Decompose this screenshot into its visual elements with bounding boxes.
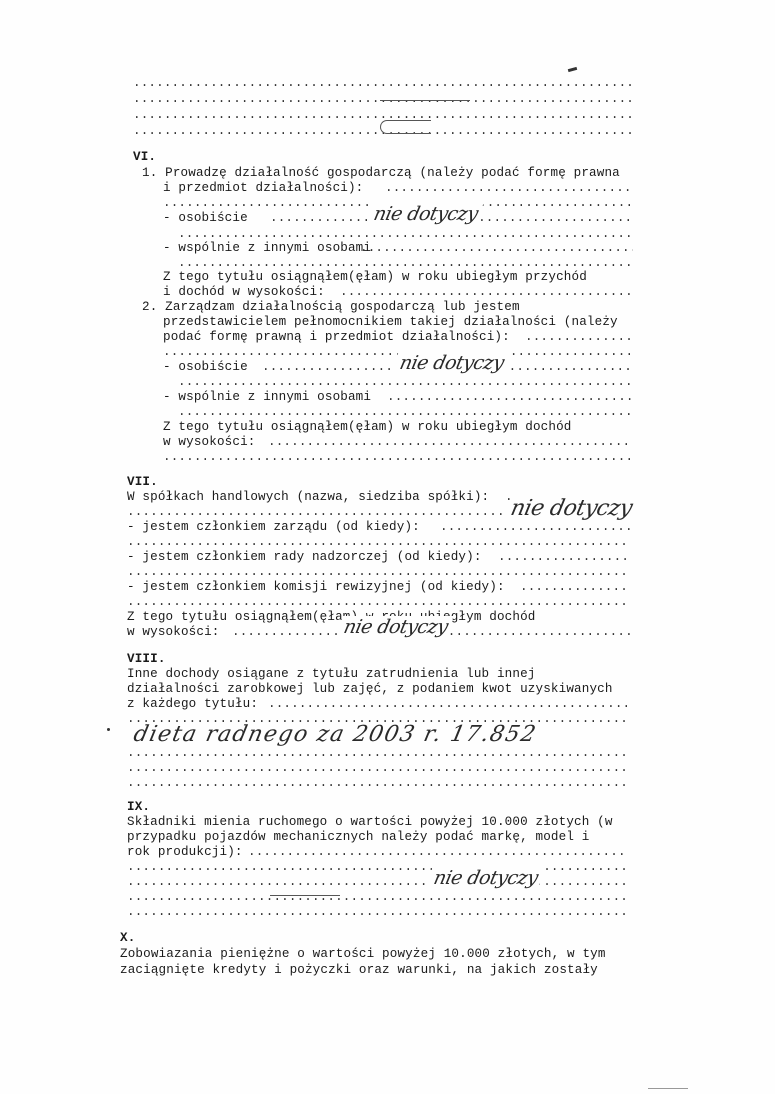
- income-text: Z tego tytułu osiągnąłem(ęłam) w roku ub…: [163, 270, 587, 284]
- section-viii-text: działalności zarobkowej lub zajęć, z pod…: [127, 682, 613, 696]
- dotted-line: ........................................…: [178, 227, 633, 241]
- field-label-joint: - wspólnie z innymi osobami: [163, 241, 379, 255]
- field-label-personal: - osobiście: [163, 211, 256, 225]
- field-label-joint: - wspólnie z innymi osobami: [163, 390, 379, 404]
- section-vi-item1-text: i przedmiot działalności):: [163, 181, 371, 195]
- section-x-heading: X.: [120, 931, 135, 945]
- scan-mark: [107, 728, 110, 731]
- dotted-line: ........................................…: [248, 845, 626, 859]
- handwritten-answer: nie dotyczy: [368, 203, 484, 225]
- handwritten-answer: nie dotyczy: [338, 616, 454, 638]
- section-ix-text: Składniki mienia ruchomego o wartości po…: [127, 815, 613, 829]
- scan-mark: [648, 1088, 688, 1089]
- field-label-personal: - osobiście: [163, 360, 256, 374]
- dotted-line: ........................................…: [127, 776, 628, 790]
- handwritten-answer: dieta radnego za 2003 r. 17.852: [127, 722, 543, 747]
- dotted-line: ........................................…: [133, 76, 633, 90]
- income-text: w wysokości:: [127, 625, 227, 639]
- pen-stroke: [270, 895, 340, 896]
- income-text: i dochód w wysokości:: [163, 285, 333, 299]
- pen-stroke: [380, 120, 431, 134]
- dotted-line: ........................................…: [520, 580, 630, 594]
- dotted-line: ........................................…: [340, 285, 633, 299]
- dotted-line: ........................................…: [127, 746, 628, 760]
- section-ix-heading: IX.: [127, 800, 150, 814]
- dotted-line: ........................................…: [127, 761, 628, 775]
- income-text: Z tego tytułu osiągnąłem(ęłam) w roku ub…: [127, 610, 536, 624]
- field-label-audit: - jestem członkiem komisji rewizyjnej (o…: [127, 580, 512, 594]
- section-viii-text: Inne dochody osiągane z tytułu zatrudnie…: [127, 667, 536, 681]
- field-label-supervisory: - jestem członkiem rady nadzorczej (od k…: [127, 550, 489, 564]
- dotted-line: ........................................…: [268, 697, 628, 711]
- section-viii-heading: VIII.: [127, 652, 166, 666]
- dotted-line: ........................................…: [385, 181, 633, 195]
- income-text: w wysokości:: [163, 435, 263, 449]
- dotted-line: ........................................…: [440, 520, 630, 534]
- dotted-line: ........................................…: [127, 565, 630, 579]
- dotted-line: ........................................…: [133, 92, 633, 106]
- section-vi-item2-text: podać formę prawną i przedmiot działalno…: [163, 330, 518, 344]
- section-vi-item1-text: 1. Prowadzę działalność gospodarczą (nal…: [142, 166, 620, 180]
- dotted-line: ........................................…: [127, 535, 630, 549]
- section-vii-text: W spółkach handlowych (nazwa, siedziba s…: [127, 490, 497, 504]
- dotted-line: ........................................…: [163, 450, 633, 464]
- section-ix-text: rok produkcji):: [127, 845, 250, 859]
- section-vii-heading: VII.: [127, 475, 158, 489]
- handwritten-answer: nie dotyczy: [394, 352, 510, 374]
- section-vi-item2-text: 2. Zarządzam działalnością gospodarczą l…: [142, 300, 520, 314]
- dotted-line: ........................................…: [178, 256, 633, 270]
- income-text: Z tego tytułu osiągnąłem(ęłam) w roku ub…: [163, 420, 572, 434]
- scanned-form-page: ........................................…: [0, 0, 775, 1094]
- section-x-text: Zobowiazania pieniężne o wartości powyże…: [120, 947, 606, 961]
- section-x-text: zaciągnięte kredyty i pożyczki oraz waru…: [120, 963, 598, 977]
- field-label-board: - jestem członkiem zarządu (od kiedy):: [127, 520, 428, 534]
- handwritten-answer: nie dotyczy: [505, 496, 637, 521]
- dotted-line: ........................................…: [525, 330, 633, 344]
- section-vi-item2-text: przedstawicielem pełnomocnikiem takiej d…: [163, 315, 618, 329]
- pen-stroke: [380, 100, 470, 101]
- dotted-line: ........................................…: [127, 875, 626, 889]
- dotted-line: ........................................…: [360, 241, 633, 255]
- dotted-line: ........................................…: [127, 595, 630, 609]
- dotted-line: ........................................…: [178, 375, 633, 389]
- dotted-line: ........................................…: [387, 390, 633, 404]
- section-ix-text: przypadku pojazdów mechanicznych należy …: [127, 830, 589, 844]
- section-viii-text: z każdego tytułu:: [127, 697, 266, 711]
- scan-mark: [568, 67, 577, 72]
- dotted-line: ........................................…: [127, 890, 626, 904]
- dotted-line: ........................................…: [127, 860, 626, 874]
- dotted-line: ........................................…: [127, 905, 626, 919]
- section-vi-heading: VI.: [133, 150, 156, 164]
- handwritten-answer: nie dotyczy: [428, 867, 544, 889]
- dotted-line: ........................................…: [498, 550, 630, 564]
- dotted-line: ........................................…: [268, 435, 633, 449]
- dotted-line: ........................................…: [178, 405, 633, 419]
